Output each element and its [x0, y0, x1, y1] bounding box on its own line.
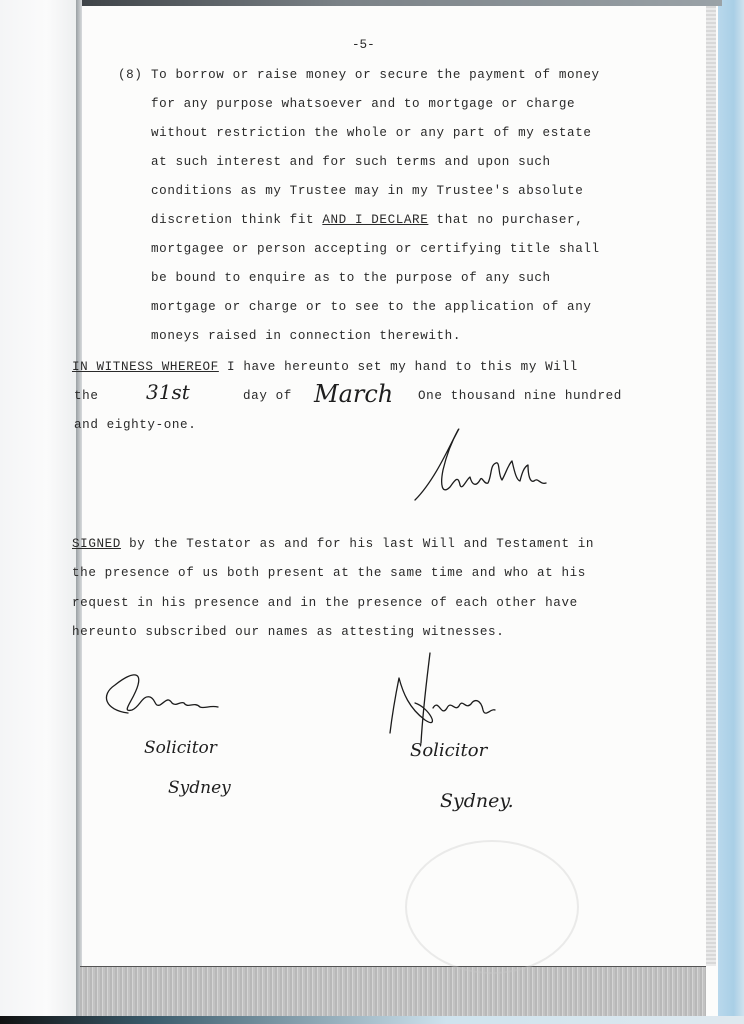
clause-line: mortgage or charge or to see to the appl…: [151, 300, 592, 314]
top-scan-shadow: [82, 0, 722, 6]
page-spine: [76, 0, 82, 1024]
witness-2-signature: [385, 648, 515, 748]
bottom-scan-shadow: [0, 1016, 744, 1024]
bottom-scan-artifact: [80, 966, 706, 1017]
previous-page-edge: [0, 0, 78, 1024]
attestation-line: the presence of us both present at the s…: [72, 566, 586, 580]
witness-line-1-rest: I have hereunto set my hand to this my W…: [219, 360, 578, 374]
scanner-background-edge: [718, 0, 744, 1024]
clause-line: moneys raised in connection therewith.: [151, 329, 461, 343]
page-number: -5-: [352, 38, 375, 52]
witness-the: the: [74, 389, 98, 403]
witness-heading: IN WITNESS WHEREOF: [72, 360, 219, 374]
clause-declare-line: discretion think fit AND I DECLARE that …: [151, 213, 583, 227]
right-scan-artifact: [706, 6, 716, 966]
witness-2-place: Sydney.: [440, 790, 514, 812]
witness-1-place: Sydney: [168, 778, 231, 798]
witness-day-of: day of: [243, 389, 292, 403]
witness-2-title: Solicitor: [410, 740, 487, 761]
witness-line-2-rest: One thousand nine hundred: [418, 389, 622, 403]
clause-number: (8): [118, 68, 142, 82]
attestation-line-1-rest: by the Testator as and for his last Will…: [121, 537, 594, 551]
clause-line: at such interest and for such terms and …: [151, 155, 551, 169]
declare-before: discretion think fit: [151, 213, 322, 227]
clause-line: be bound to enquire as to the purpose of…: [151, 271, 551, 285]
faint-seal-stamp: [405, 840, 579, 974]
clause-line: To borrow or raise money or secure the p…: [151, 68, 600, 82]
witness-1-signature: [100, 665, 240, 725]
attestation-line: request in his presence and in the prese…: [72, 596, 578, 610]
attestation-line-1: SIGNED by the Testator as and for his la…: [72, 537, 594, 551]
clause-line: without restriction the whole or any par…: [151, 126, 592, 140]
attestation-heading: SIGNED: [72, 537, 121, 551]
witness-line-1: IN WITNESS WHEREOF I have hereunto set m…: [72, 360, 578, 374]
declare-emphasis: AND I DECLARE: [322, 213, 428, 227]
witness-1-title: Solicitor: [144, 738, 217, 758]
testator-signature: [410, 425, 560, 505]
clause-line: for any purpose whatsoever and to mortga…: [151, 97, 575, 111]
attestation-line: hereunto subscribed our names as attesti…: [72, 625, 504, 639]
clause-line: mortgagee or person accepting or certify…: [151, 242, 600, 256]
witness-line-3: and eighty-one.: [74, 418, 196, 432]
clause-line: conditions as my Trustee may in my Trust…: [151, 184, 583, 198]
handwritten-month: March: [314, 380, 393, 408]
handwritten-day: 31st: [146, 380, 190, 404]
declare-after: that no purchaser,: [428, 213, 583, 227]
